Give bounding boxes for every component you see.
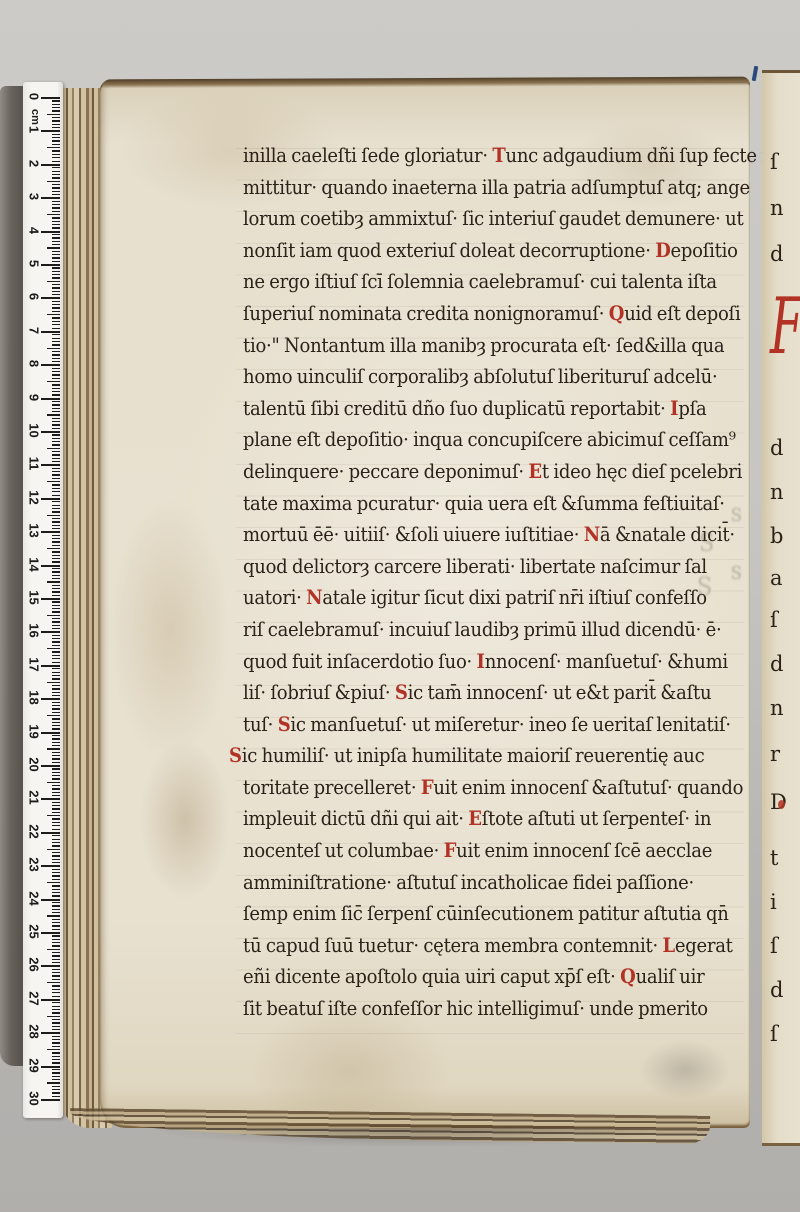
ruler-mm-tick	[52, 227, 60, 228]
ruler-mm-tick	[52, 662, 60, 663]
text-line: ne ergo iſtiuſ ſcī ſolemnia caelebramuſ·…	[243, 266, 698, 298]
ruler-mm-tick	[52, 100, 60, 101]
ruler-mm-tick	[52, 211, 60, 212]
stain	[140, 740, 230, 900]
ruler-mm-tick	[52, 154, 60, 155]
text-segment: ic humiliſ· ut inipſa humilitate maioriſ…	[242, 743, 705, 767]
ruler-mm-tick	[52, 294, 60, 295]
ruler-mm-tick	[52, 251, 60, 252]
ruler-number: 17	[27, 655, 42, 673]
ruler-mm-tick	[52, 722, 60, 723]
ruler-mm-tick	[52, 287, 60, 288]
text-segment: ſtote aſtuti ut ſerpenteſ· in	[482, 806, 711, 830]
text-line: inilla caeleſti ſede gloriatur· Tunc adg…	[243, 140, 698, 172]
ruler-mm-tick	[52, 778, 60, 779]
text-segment: toritate precelleret·	[243, 775, 421, 799]
ruler-mm-tick	[52, 234, 60, 235]
ruler-mm-tick	[52, 929, 60, 930]
ruler-mm-tick	[52, 608, 60, 609]
ruler-mm-tick	[52, 237, 60, 238]
ruler-mm-tick	[52, 374, 60, 375]
ruler-mm-tick	[52, 441, 60, 442]
ruler-mm-tick	[52, 939, 60, 940]
ruler-mm-tick	[52, 177, 60, 178]
ruler-number: 16	[27, 622, 42, 640]
text-segment: mortuū ēē· uitiiſ· &ſoli uiuere iuſtitia…	[243, 522, 584, 546]
ruler-cm-tick	[41, 732, 60, 734]
ruler-mm-tick	[52, 591, 60, 592]
ruler-mm-tick	[52, 468, 60, 469]
ruler-mm-tick	[52, 204, 60, 205]
facing-letter-fragment: d	[770, 436, 783, 460]
ruler-mm-tick	[47, 1049, 60, 1050]
ruler-mm-tick	[52, 895, 60, 896]
ruler-cm-tick	[41, 631, 60, 633]
ruler-number: 27	[27, 989, 42, 1007]
ruler-mm-tick	[52, 672, 60, 673]
text-segment: tuſ·	[243, 712, 278, 736]
facing-letter-fragment: d	[770, 652, 783, 676]
text-segment: riſ caelebramuſ· incuiuſ laudibȝ primū i…	[243, 617, 721, 641]
text-line: quod fuit inſacerdotio ſuo· Innocenſ· ma…	[243, 646, 698, 678]
ruler-mm-tick	[52, 755, 60, 756]
ruler-mm-tick	[52, 842, 60, 843]
rubric-initial: E	[528, 459, 541, 483]
ruler-mm-tick	[52, 311, 60, 312]
text-line: homo uinculiſ corporalibȝ abſolutuſ libe…	[243, 361, 698, 393]
ruler-mm-tick	[52, 551, 60, 552]
ruler-mm-tick	[52, 702, 60, 703]
ruler-mm-tick	[52, 728, 60, 729]
text-segment: uit enim innocenſ &aſtutuſ· quando	[433, 775, 743, 799]
ruler-mm-tick	[52, 768, 60, 769]
text-line: tio·" Nontantum illa manibȝ procurata eſ…	[243, 330, 698, 362]
rubric-initial: F	[444, 838, 457, 862]
ruler-mm-tick	[52, 628, 60, 629]
ruler-mm-tick	[52, 859, 60, 860]
ruler-mm-tick	[47, 481, 60, 482]
text-segment: t ideo hęc dieſ pcelebri	[542, 459, 742, 483]
ruler-mm-tick	[52, 1012, 60, 1013]
ruler-mm-tick	[52, 685, 60, 686]
ruler-mm-tick	[52, 271, 60, 272]
ruler-cm-tick	[41, 431, 60, 433]
red-initial-fill	[778, 800, 785, 809]
ruler-mm-tick	[52, 829, 60, 830]
ruler-cm-tick	[41, 932, 60, 934]
ruler-mm-tick	[52, 945, 60, 946]
ruler-mm-tick	[52, 187, 60, 188]
text-segment: uit enim innocenſ ſcē aecclae	[456, 838, 712, 862]
ruler-mm-tick	[52, 341, 60, 342]
ruler-mm-tick	[47, 748, 60, 749]
text-segment: homo uinculiſ corporalibȝ abſolutuſ libe…	[243, 364, 717, 388]
ruler-cm-tick	[41, 965, 60, 967]
ruler-number: 19	[27, 722, 42, 740]
ruler-mm-tick	[52, 257, 60, 258]
text-segment: ic manſuetuſ· ut miſeretur· ineo ſe ueri…	[290, 712, 730, 736]
ruler-cm-tick	[41, 565, 60, 567]
text-segment: nonſit iam quod exteriuſ doleat decorrup…	[243, 238, 655, 262]
ruler-mm-tick	[47, 214, 60, 215]
text-segment: tio·" Nontantum illa manibȝ procurata eſ…	[243, 333, 724, 357]
ruler-mm-tick	[52, 568, 60, 569]
ruler-mm-tick	[52, 969, 60, 970]
ruler-mm-tick	[52, 872, 60, 873]
ruler-mm-tick	[52, 1029, 60, 1030]
ruler-number: 6	[27, 288, 42, 306]
ruler-cm-tick	[41, 498, 60, 500]
ruler-mm-tick	[52, 1002, 60, 1003]
ruler-mm-tick	[52, 1079, 60, 1080]
rubric-initial: L	[662, 933, 674, 957]
ruler-mm-tick	[52, 952, 60, 953]
ruler-mm-tick	[52, 184, 60, 185]
ruler-mm-tick	[52, 191, 60, 192]
ruler-mm-tick	[52, 705, 60, 706]
ruler-number: 2	[27, 154, 42, 172]
ruler-mm-tick	[52, 428, 60, 429]
ruler-mm-tick	[52, 742, 60, 743]
ghost-letter: S	[699, 528, 714, 557]
ruler-mm-tick	[52, 304, 60, 305]
ruler-mm-tick	[47, 615, 60, 616]
text-line: amminiſtratione· aſtutuſ incatholicae fi…	[243, 867, 698, 899]
ruler-mm-tick	[52, 1089, 60, 1090]
rubric-initial: I	[670, 396, 678, 420]
ruler-mm-tick	[47, 247, 60, 248]
text-segment: lorum coetibȝ ammixtuſ· ſic interiuſ gau…	[243, 206, 743, 230]
ruler-cm-tick	[41, 464, 60, 466]
ruler-mm-tick	[52, 875, 60, 876]
ruler-mm-tick	[47, 314, 60, 315]
ruler-mm-tick	[52, 324, 60, 325]
rubric-initial: Q	[609, 301, 624, 325]
ruler-mm-tick	[52, 140, 60, 141]
ruler-mm-tick	[52, 641, 60, 642]
facing-letter-fragment: d	[770, 978, 783, 1002]
text-segment: inilla caeleſti ſede gloriatur·	[243, 143, 492, 167]
ruler-mm-tick	[52, 869, 60, 870]
ruler-mm-tick	[52, 444, 60, 445]
ruler-mm-tick	[47, 548, 60, 549]
cm-ruler: 0123456789101112131415161718192021222324…	[23, 82, 63, 1118]
text-line: ſuperiuſ nominata credita nonignoramuſ· …	[243, 298, 698, 330]
ruler-mm-tick	[52, 812, 60, 813]
ruler-mm-tick	[52, 919, 60, 920]
ruler-mm-tick	[52, 618, 60, 619]
ruler-mm-tick	[52, 104, 60, 105]
ruler-mm-tick	[52, 1022, 60, 1023]
ruler-mm-tick	[47, 949, 60, 950]
ruler-cm-tick	[41, 231, 60, 233]
ruler-cm-tick	[41, 331, 60, 333]
text-segment: eñi dicente apoſtolo quia uiri caput xp̄…	[243, 964, 620, 988]
ruler-mm-tick	[47, 281, 60, 282]
ruler-mm-tick	[52, 224, 60, 225]
ruler-mm-tick	[52, 605, 60, 606]
manuscript-text-block: inilla caeleſti ſede gloriatur· Tunc adg…	[243, 140, 748, 1025]
ruler-mm-tick	[52, 889, 60, 890]
ruler-mm-tick	[52, 792, 60, 793]
ruler-mm-tick	[52, 1056, 60, 1057]
ruler-mm-tick	[52, 902, 60, 903]
ruler-number: 14	[27, 555, 42, 573]
ruler-mm-tick	[52, 167, 60, 168]
ruler-mm-tick	[52, 955, 60, 956]
ruler-mm-tick	[52, 822, 60, 823]
ruler-mm-tick	[52, 541, 60, 542]
ruler-mm-tick	[52, 635, 60, 636]
ruler-mm-tick	[52, 738, 60, 739]
ruler-cm-tick	[41, 364, 60, 366]
ruler-mm-tick	[52, 411, 60, 412]
text-line: mittitur· quando inaeterna illa patria a…	[243, 172, 698, 204]
ruler-mm-tick	[52, 658, 60, 659]
text-line: nocenteſ ut columbae· Fuit enim innocenſ…	[243, 835, 698, 867]
ruler-mm-tick	[47, 849, 60, 850]
ruler-mm-tick	[52, 575, 60, 576]
stain	[640, 1040, 730, 1100]
ruler-mm-tick	[52, 495, 60, 496]
ruler-cm-tick	[41, 398, 60, 400]
ruler-mm-tick	[52, 718, 60, 719]
ruler-mm-tick	[47, 815, 60, 816]
text-segment: mittitur· quando inaeterna illa patria a…	[243, 175, 750, 199]
ruler-mm-tick	[52, 922, 60, 923]
ruler-mm-tick	[52, 354, 60, 355]
ruler-mm-tick	[52, 905, 60, 906]
ruler-mm-tick	[52, 391, 60, 392]
rubric-initial: S	[278, 712, 291, 736]
rubric-initial: S	[229, 743, 242, 767]
ruler-mm-tick	[52, 1036, 60, 1037]
ruler-mm-tick	[47, 1016, 60, 1017]
ruler-number: 24	[27, 889, 42, 907]
text-segment: amminiſtratione· aſtutuſ incatholicae fi…	[243, 870, 694, 894]
ruler-mm-tick	[52, 107, 60, 108]
ruler-cm-tick	[41, 1066, 60, 1068]
text-segment: tate maxima pcuratur· quia uera eſt &ſum…	[243, 491, 725, 515]
ruler-number: 11	[27, 455, 42, 473]
ruler-mm-tick	[52, 291, 60, 292]
ruler-cm-tick	[41, 1032, 60, 1034]
ruler-mm-tick	[52, 625, 60, 626]
ruler-mm-tick	[52, 334, 60, 335]
ruler-mm-tick	[52, 588, 60, 589]
ruler-mm-tick	[52, 1092, 60, 1093]
ruler-mm-tick	[52, 344, 60, 345]
ruler-number: 7	[27, 321, 42, 339]
ruler-mm-tick	[52, 785, 60, 786]
facing-letter-fragment: ſ	[770, 1022, 778, 1046]
ruler-mm-tick	[52, 972, 60, 973]
ruler-mm-tick	[52, 277, 60, 278]
rubric-initial: S	[395, 680, 408, 704]
text-line: uatori· Natale igitur ſicut dixi patriſ …	[243, 582, 698, 614]
ghost-letter: S	[697, 572, 712, 601]
rubric-initial: N	[306, 585, 322, 609]
ruler-cm-tick	[41, 197, 60, 199]
ruler-mm-tick	[52, 274, 60, 275]
ruler-mm-tick	[47, 114, 60, 115]
ruler-cm-tick	[41, 665, 60, 667]
ruler-mm-tick	[52, 825, 60, 826]
ruler-mm-tick	[52, 124, 60, 125]
text-segment: delinquere· peccare deponimuſ·	[243, 459, 528, 483]
ruler-mm-tick	[52, 137, 60, 138]
ruler-number: 22	[27, 822, 42, 840]
ruler-mm-tick	[52, 501, 60, 502]
ruler-mm-tick	[47, 348, 60, 349]
ruler-mm-tick	[52, 508, 60, 509]
text-line: ſemp enim ſic̄ ſerpenſ cūinſecutionem pa…	[243, 898, 698, 930]
ruler-mm-tick	[52, 471, 60, 472]
ruler-mm-tick	[52, 267, 60, 268]
ruler-mm-tick	[47, 181, 60, 182]
ruler-mm-tick	[52, 161, 60, 162]
ruler-mm-tick	[52, 518, 60, 519]
ruler-cm-tick	[41, 765, 60, 767]
ruler-number: 9	[27, 388, 42, 406]
ruler-mm-tick	[52, 261, 60, 262]
text-segment: ne ergo iſtiuſ ſcī ſolemnia caelebramuſ·…	[243, 269, 717, 293]
ruler-mm-tick	[52, 979, 60, 980]
text-line: eñi dicente apoſtolo quia uiri caput xp̄…	[243, 961, 698, 993]
text-segment: tū capud ſuū tuetur· cętera membra conte…	[243, 933, 662, 957]
ruler-number: 29	[27, 1056, 42, 1074]
ruler-mm-tick	[52, 408, 60, 409]
ruler-mm-tick	[52, 892, 60, 893]
rubric-initial: T	[492, 143, 505, 167]
ruler-number: 23	[27, 856, 42, 874]
facing-letter-fragment: n	[770, 196, 784, 220]
ruler-number: 13	[27, 522, 42, 540]
ruler-mm-tick	[52, 1039, 60, 1040]
ruler-mm-tick	[52, 461, 60, 462]
ruler-mm-tick	[52, 708, 60, 709]
ruler-mm-tick	[52, 655, 60, 656]
ruler-mm-tick	[52, 645, 60, 646]
ruler-cm-tick	[41, 164, 60, 166]
ruler-mm-tick	[52, 217, 60, 218]
ruler-mm-tick	[52, 127, 60, 128]
text-segment: ſemp enim ſic̄ ſerpenſ cūinſecutionem pa…	[243, 901, 729, 925]
ruler-mm-tick	[52, 321, 60, 322]
ruler-cm-tick	[41, 999, 60, 1001]
ruler-mm-tick	[52, 855, 60, 856]
ruler-mm-tick	[52, 1086, 60, 1087]
gutter-fold	[738, 74, 764, 1138]
ruler-mm-tick	[47, 715, 60, 716]
text-segment: atale igitur ſicut dixi patriſ nr̄i iſti…	[322, 585, 706, 609]
ruler-mm-tick	[52, 745, 60, 746]
ruler-mm-tick	[52, 678, 60, 679]
ruler-mm-tick	[52, 805, 60, 806]
ruler-cm-tick	[41, 698, 60, 700]
rubric-initial: E	[468, 806, 481, 830]
text-segment: ſit beatuſ iſte confeſſor hic intelligim…	[243, 996, 708, 1020]
ruler-cm-tick	[41, 598, 60, 600]
ruler-mm-tick	[52, 762, 60, 763]
ruler-cm-tick	[41, 297, 60, 299]
ruler-mm-tick	[52, 254, 60, 255]
ruler-mm-tick	[52, 418, 60, 419]
facing-letter-fragment: d	[770, 242, 783, 266]
text-line: tate maxima pcuratur· quia uera eſt &ſum…	[243, 488, 698, 520]
text-line: riſ caelebramuſ· incuiuſ laudibȝ primū i…	[243, 614, 698, 646]
ruler-mm-tick	[52, 194, 60, 195]
text-line: talentū ſibi creditū dño ſuo duplicatū r…	[243, 393, 698, 425]
ruler-mm-tick	[52, 1046, 60, 1047]
ruler-mm-tick	[52, 478, 60, 479]
ruler-mm-tick	[52, 171, 60, 172]
ruler-mm-tick	[52, 150, 60, 151]
ruler-mm-tick	[47, 782, 60, 783]
ruler-mm-tick	[52, 909, 60, 910]
ruler-mm-tick	[52, 725, 60, 726]
text-line: delinquere· peccare deponimuſ· Et ideo h…	[243, 456, 698, 488]
ruler-mm-tick	[52, 201, 60, 202]
manuscript-photo: inilla caeleſti ſede gloriatur· Tunc adg…	[0, 0, 800, 1212]
ruler-number: 26	[27, 956, 42, 974]
ruler-mm-tick	[52, 688, 60, 689]
ruler-mm-tick	[52, 885, 60, 886]
ruler-mm-tick	[52, 488, 60, 489]
ruler-number: 10	[27, 422, 42, 440]
ruler-number: 25	[27, 923, 42, 941]
ruler-mm-tick	[52, 912, 60, 913]
text-segment: egerat	[675, 933, 733, 957]
ruler-mm-tick	[52, 535, 60, 536]
ruler-mm-tick	[52, 1006, 60, 1007]
ruler-mm-tick	[52, 989, 60, 990]
text-line: plane eſt depoſitio· inqua concupiſcere …	[243, 424, 698, 456]
ruler-number: 20	[27, 756, 42, 774]
ruler-mm-tick	[52, 675, 60, 676]
text-segment: ā &natale dicit̄·	[600, 522, 735, 546]
ruler-mm-tick	[47, 515, 60, 516]
ruler-mm-tick	[52, 1096, 60, 1097]
ruler-mm-tick	[52, 458, 60, 459]
ruler-mm-tick	[52, 802, 60, 803]
ruler-mm-tick	[52, 942, 60, 943]
ruler-mm-tick	[52, 538, 60, 539]
ruler-mm-tick	[52, 244, 60, 245]
ruler-mm-tick	[52, 571, 60, 572]
ruler-mm-tick	[52, 484, 60, 485]
ruler-mm-tick	[47, 1082, 60, 1083]
ruler-mm-tick	[52, 328, 60, 329]
ruler-mm-tick	[52, 454, 60, 455]
ruler-mm-tick	[47, 982, 60, 983]
text-segment: quod fuit inſacerdotio ſuo·	[243, 649, 477, 673]
ruler-mm-tick	[52, 451, 60, 452]
text-segment: plane eſt depoſitio· inqua concupiſcere …	[243, 427, 736, 451]
text-segment: nnocenſ· manſuetuſ· &humi	[485, 649, 728, 673]
facing-letter-fragment: t	[770, 846, 778, 870]
ruler-cm-tick	[41, 865, 60, 867]
ruler-mm-tick	[52, 852, 60, 853]
ruler-mm-tick	[52, 992, 60, 993]
ruler-mm-tick	[52, 120, 60, 121]
ruler-mm-tick	[47, 915, 60, 916]
facing-letter-fragment: i	[770, 890, 777, 914]
ruler-mm-tick	[52, 384, 60, 385]
ruler-mm-tick	[52, 301, 60, 302]
ruler-mm-tick	[52, 307, 60, 308]
ruler-mm-tick	[52, 758, 60, 759]
